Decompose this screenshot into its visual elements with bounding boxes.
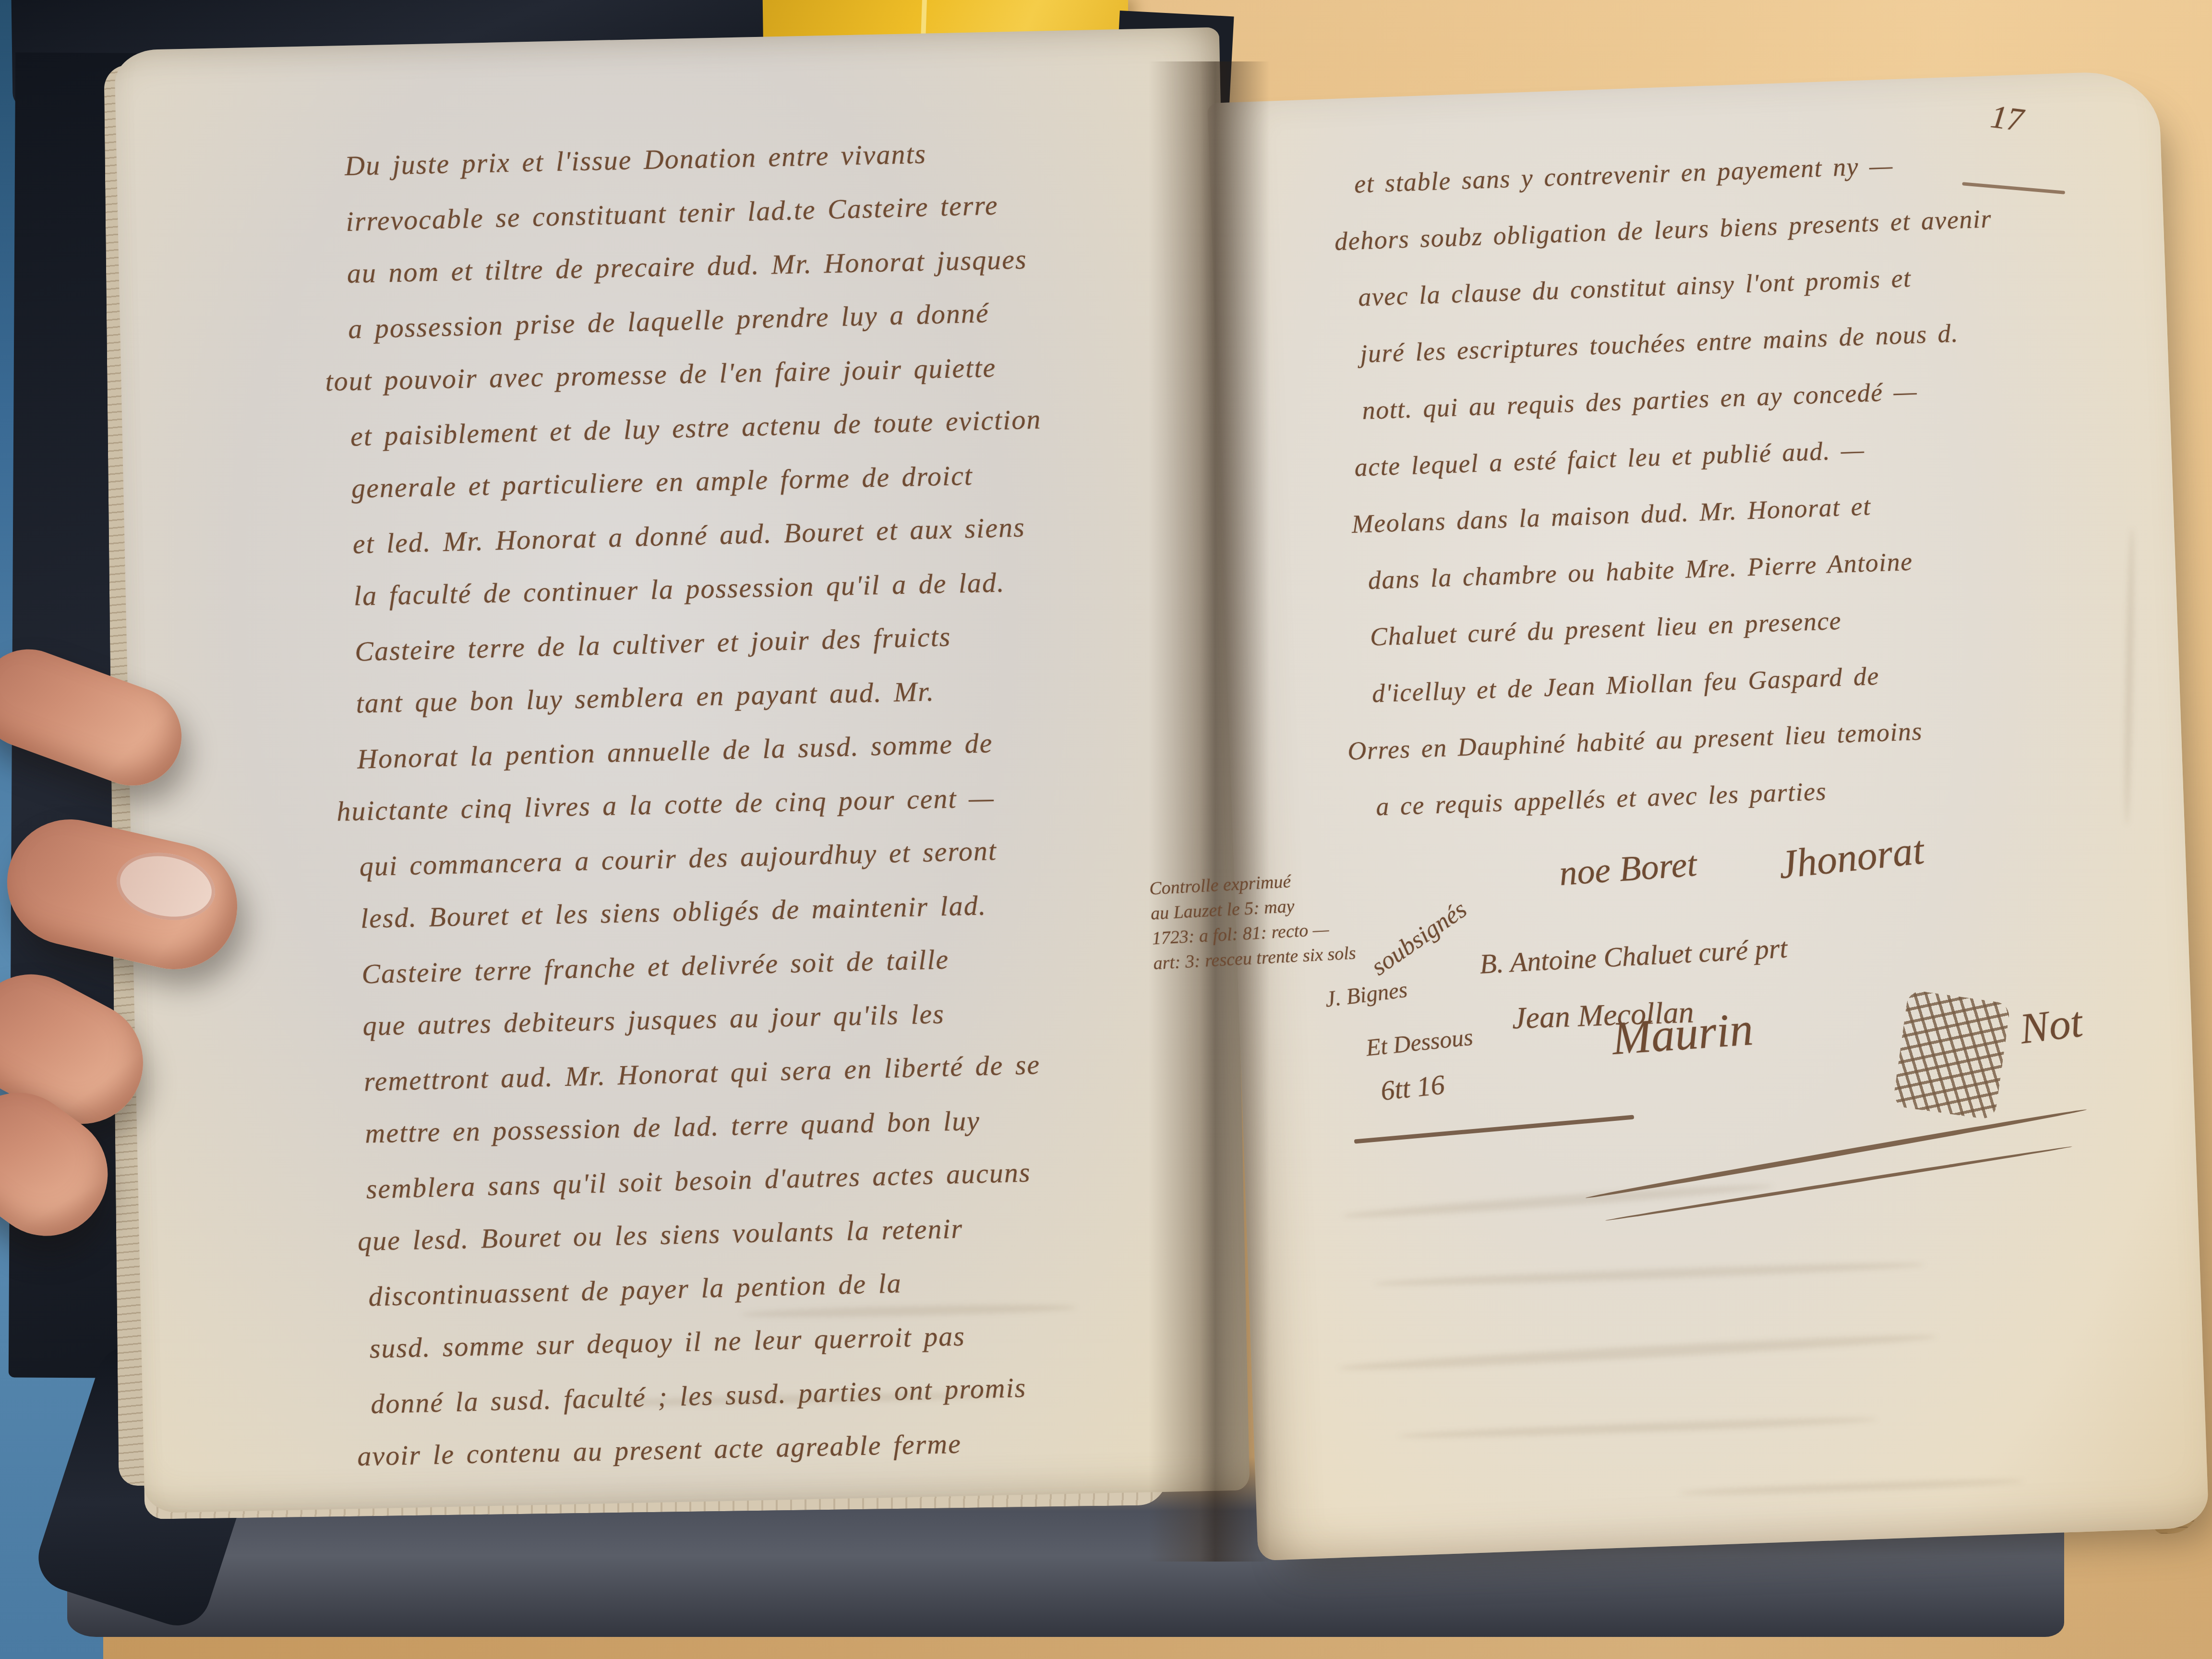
signature-notary-title: Not (2017, 997, 2085, 1054)
left-page-text: Du juste prix et l'issue Donation entre … (344, 121, 1236, 1483)
fee-note-line2: 6tt 16 (1379, 1068, 1446, 1107)
photo-notarial-register: Du juste prix et l'issue Donation entre … (0, 0, 2212, 1659)
signature-notary: Maurin (1610, 1002, 1755, 1066)
ghost-mark (1398, 1415, 1878, 1441)
notary-paraph (1892, 989, 2011, 1120)
ghost-mark (1342, 1181, 1774, 1222)
left-page: Du juste prix et l'issue Donation entre … (114, 27, 1250, 1514)
right-page: 17 et stable sans y contrevenir en payem… (1207, 70, 2209, 1561)
ghost-mark (1338, 1331, 1938, 1374)
right-page-text: et stable sans y contrevenir en payement… (1353, 128, 2164, 835)
ghost-mark (1373, 1260, 1925, 1288)
ghost-mark (1678, 1477, 2024, 1497)
